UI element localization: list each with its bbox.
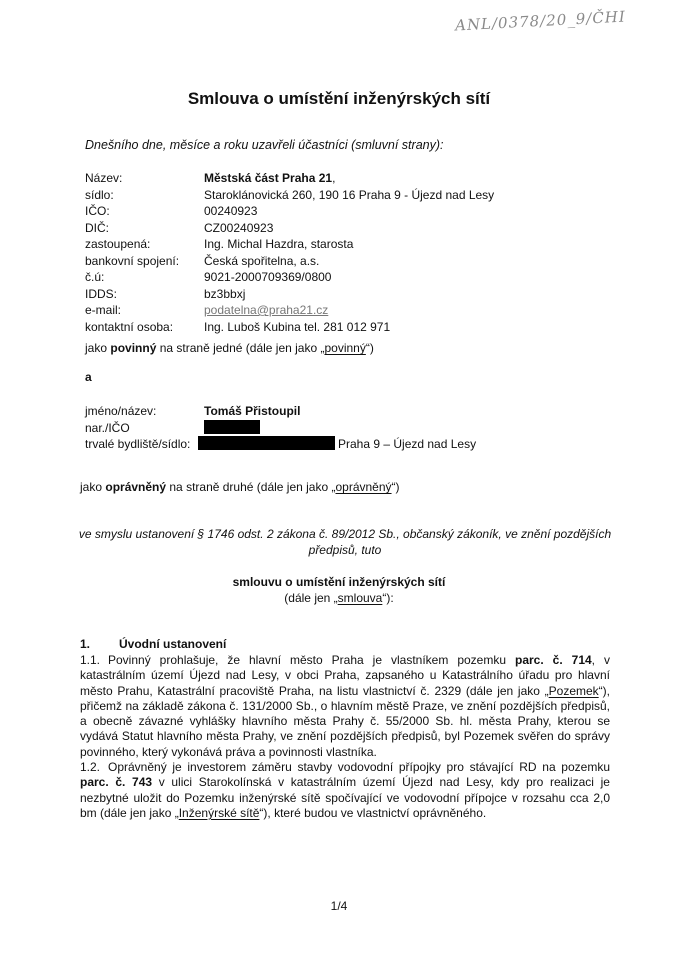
field-label: nar./IČO (85, 420, 204, 437)
page-number: 1/4 (0, 899, 678, 913)
conjunction: a (85, 370, 92, 384)
field-label: trvalé bydliště/sídlo: (85, 436, 198, 453)
party1-row-idds: IDDS: bz3bbxj (85, 286, 494, 303)
field-value: 9021-2000709369/0800 (204, 269, 331, 286)
party2-row-name: jméno/název: Tomáš Přistoupil (85, 403, 476, 420)
section-heading: 1.Úvodní ustanovení (80, 637, 226, 651)
document-page: ANL/0378/20_9/ČHI Smlouva o umístění inž… (0, 0, 678, 960)
party1-row-ico: IČO: 00240923 (85, 203, 494, 220)
party1-row-bank: bankovní spojení: Česká spořitelna, a.s. (85, 253, 494, 270)
field-label: bankovní spojení: (85, 253, 204, 270)
field-value: Staroklánovická 260, 190 16 Praha 9 - Új… (204, 187, 494, 204)
field-value: Městská část Praha 21, (204, 170, 335, 187)
party2-row-address: trvalé bydliště/sídlo: Praha 9 – Újezd n… (85, 436, 476, 453)
field-value: Praha 9 – Újezd nad Lesy (338, 436, 476, 453)
contract-name: smlouvu o umístění inženýrských sítí (0, 574, 678, 590)
intro-text: Dnešního dne, měsíce a roku uzavřeli úča… (85, 138, 443, 152)
party1-row-dic: DIČ: CZ00240923 (85, 220, 494, 237)
party1-row-account: č.ú: 9021-2000709369/0800 (85, 269, 494, 286)
field-value: Ing. Luboš Kubina tel. 281 012 971 (204, 319, 390, 336)
paragraph-1-1: 1.1.Povinný prohlašuje, že hlavní město … (80, 653, 610, 760)
email-link[interactable]: podatelna@praha21.cz (204, 302, 328, 319)
field-value: Česká spořitelna, a.s. (204, 253, 319, 270)
field-label: č.ú: (85, 269, 204, 286)
party1-role: jako povinný na straně jedné (dále jen j… (85, 341, 374, 355)
document-title: Smlouva o umístění inženýrských sítí (0, 89, 678, 109)
party2-details: jméno/název: Tomáš Přistoupil nar./IČO t… (85, 403, 476, 453)
legal-basis: ve smyslu ustanovení § 1746 odst. 2 záko… (60, 526, 630, 558)
party1-row-seat: sídlo: Staroklánovická 260, 190 16 Praha… (85, 187, 494, 204)
party1-row-email: e-mail: podatelna@praha21.cz (85, 302, 494, 319)
redaction-box (204, 420, 260, 434)
field-label: DIČ: (85, 220, 204, 237)
paragraph-1-2: 1.2.Oprávněný je investorem záměru stavb… (80, 760, 610, 821)
party1-details: Název: Městská část Praha 21, sídlo: Sta… (85, 170, 494, 335)
field-label: IDDS: (85, 286, 204, 303)
party1-row-contact: kontaktní osoba: Ing. Luboš Kubina tel. … (85, 319, 494, 336)
contract-alias: (dále jen „smlouva“): (0, 590, 678, 606)
handwritten-reference: ANL/0378/20_9/ČHI (455, 8, 627, 35)
field-label: IČO: (85, 203, 204, 220)
redaction-box (198, 436, 335, 450)
party2-row-id: nar./IČO (85, 420, 476, 437)
field-value: Tomáš Přistoupil (204, 403, 300, 420)
field-label: sídlo: (85, 187, 204, 204)
party2-role: jako oprávněný na straně druhé (dále jen… (80, 480, 400, 494)
field-value: bz3bbxj (204, 286, 245, 303)
field-value: 00240923 (204, 203, 257, 220)
field-label: Název: (85, 170, 204, 187)
field-label: kontaktní osoba: (85, 319, 204, 336)
field-value: CZ00240923 (204, 220, 273, 237)
field-label: e-mail: (85, 302, 204, 319)
field-value: Ing. Michal Hazdra, starosta (204, 236, 353, 253)
party1-row-name: Název: Městská část Praha 21, (85, 170, 494, 187)
field-label: jméno/název: (85, 403, 204, 420)
field-label: zastoupená: (85, 236, 204, 253)
party1-row-representative: zastoupená: Ing. Michal Hazdra, starosta (85, 236, 494, 253)
